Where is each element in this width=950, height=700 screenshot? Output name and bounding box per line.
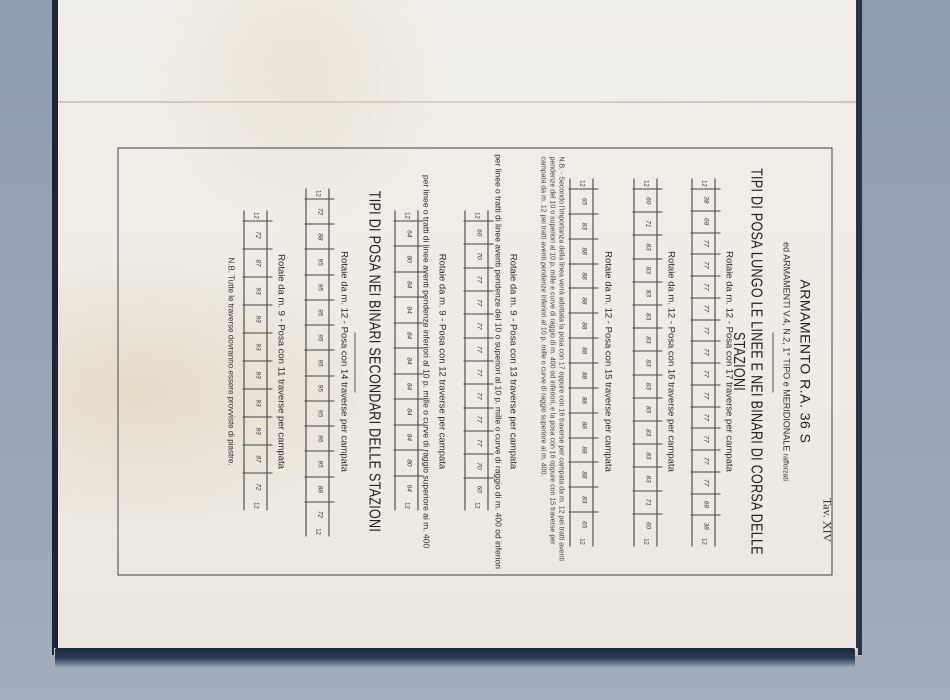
rail-end-gap: 12 <box>473 210 479 220</box>
sleeper-spacing: 83 <box>632 258 662 281</box>
plate-frame-wrapper: ARMAMENTO R.A. 36 S ed ARMAMENTI V.4, N.… <box>117 147 832 575</box>
sleeper-spacing: 93 <box>242 388 272 416</box>
plate-title: ARMAMENTO R.A. 36 S <box>797 148 813 574</box>
sleeper-spacing: 65 <box>568 188 598 213</box>
sleeper-spacing: 83 <box>632 397 662 420</box>
note-text: N.B. Tutte le traverse dovranno essere p… <box>226 148 235 574</box>
sleeper-spacing: 83 <box>632 420 662 443</box>
sleeper-spacing: 70 <box>463 453 493 476</box>
rail-end-gap: 12 <box>700 536 706 546</box>
sleeper-diagram: 127287939393939393877212 <box>243 210 267 510</box>
sleeper-spacing: 77 <box>463 337 493 360</box>
sleeper-spacing: 77 <box>690 449 720 471</box>
rail-end-gap: 12 <box>403 500 409 510</box>
page-fold-line <box>58 101 856 103</box>
sleeper-spacing: 80 <box>393 245 423 270</box>
sleeper-spacing: 84 <box>393 347 423 372</box>
sleeper-spacing: 72 <box>242 472 272 500</box>
rail-end-gap: 12 <box>314 526 320 536</box>
rail-end-gap: 12 <box>252 500 258 510</box>
rail-end-gap: 12 <box>403 210 409 220</box>
sleeper-spacing: 72 <box>304 198 334 223</box>
sleeper-spacing: 60 <box>463 477 493 500</box>
sleeper-diagram: 1260718383838383838383838383716012 <box>633 178 657 546</box>
layout-caption: Rotaie da m. 12 - Posa con 17 traverse p… <box>723 148 734 574</box>
sleeper-spacing: 84 <box>393 424 423 449</box>
sleeper-spacing: 71 <box>632 490 662 513</box>
plate-frame: ARMAMENTO R.A. 36 S ed ARMAMENTI V.4, N.… <box>117 147 832 575</box>
sleeper-spacing: 77 <box>690 384 720 406</box>
sleeper-spacing: 77 <box>463 290 493 313</box>
layout-caption: Rotaie da m. 12 - Posa con 14 traverse p… <box>338 148 349 574</box>
sleeper-spacing: 87 <box>242 444 272 472</box>
sleeper-spacing: 95 <box>304 274 334 299</box>
sleeper-spacing: 93 <box>242 360 272 388</box>
sleeper-spacing: 88 <box>568 287 598 312</box>
sleeper-spacing: 93 <box>242 416 272 444</box>
sleeper-spacing: 77 <box>463 360 493 383</box>
sleeper-spacing: 84 <box>393 322 423 347</box>
sleeper-spacing: 88 <box>568 412 598 437</box>
rail-end-gap: 12 <box>642 178 648 188</box>
sleeper-spacing: 88 <box>568 437 598 462</box>
sleeper-spacing: 93 <box>242 332 272 360</box>
sleeper-spacing: 80 <box>393 449 423 474</box>
sleeper-spacing: 77 <box>690 362 720 384</box>
sleeper-spacing: 83 <box>632 466 662 489</box>
layout-caption: Rotaie da m. 12 - Posa con 16 traverse p… <box>665 148 676 574</box>
sleeper-spacing: 38 <box>690 188 720 210</box>
sleeper-spacing: 77 <box>463 430 493 453</box>
sleeper-spacing: 64 <box>393 475 423 500</box>
sleeper-spacing: 88 <box>568 362 598 387</box>
sleeper-spacing: 88 <box>568 238 598 263</box>
rail-end-gap: 12 <box>473 500 479 510</box>
rail-end-gap: 12 <box>252 210 258 220</box>
sleeper-spacing: 77 <box>690 297 720 319</box>
sleeper-spacing: 77 <box>690 253 720 275</box>
layout-caption: Rotaie da m. 9 - Posa con 12 traverse pe… <box>436 148 447 574</box>
sleeper-spacing: 84 <box>393 373 423 398</box>
sleeper-spacing: 88 <box>568 263 598 288</box>
sleeper-spacing: 84 <box>393 271 423 296</box>
sleeper-spacing: 72 <box>242 220 272 248</box>
sleeper-spacing: 60 <box>632 513 662 536</box>
sleeper-spacing: 88 <box>568 337 598 362</box>
sleeper-spacing: 87 <box>242 248 272 276</box>
sleeper-spacing: 88 <box>568 312 598 337</box>
section1-heading: TIPI DI POSA LUNGO LE LINEE E NEI BINARI… <box>730 148 765 574</box>
layout-caption: Rotaie da m. 9 - Posa con 11 traverse pe… <box>275 148 286 574</box>
sleeper-spacing: 95 <box>304 299 334 324</box>
sleeper-diagram: 12658388888888888888888888836512 <box>569 178 593 546</box>
sleeper-spacing: 83 <box>632 443 662 466</box>
sleeper-spacing: 83 <box>632 327 662 350</box>
note-text: N.B. - Secondo l'importanza della linea … <box>538 156 565 566</box>
sleeper-spacing: 77 <box>690 319 720 341</box>
section2-heading: TIPI DI POSA NEI BINARI SECONDARI DELLE … <box>365 148 383 574</box>
subtitle-main: ed ARMAMENTI V.4, N.2, 1° TIPO e MERIDIO… <box>781 242 791 451</box>
sleeper-spacing: 93 <box>242 276 272 304</box>
sleeper-spacing: 77 <box>690 427 720 449</box>
layout-subcaption: per linee o tratti di linee aventi pende… <box>493 148 503 574</box>
sleeper-spacing: 88 <box>568 387 598 412</box>
sleeper-spacing: 77 <box>463 407 493 430</box>
rail-end-gap: 12 <box>700 178 706 188</box>
sleeper-spacing: 83 <box>632 350 662 373</box>
sleeper-spacing: 71 <box>632 211 662 234</box>
section2-rule <box>354 332 355 392</box>
title-rule <box>772 332 773 392</box>
sleeper-spacing: 70 <box>463 243 493 266</box>
sleeper-spacing: 83 <box>632 281 662 304</box>
sleeper-spacing: 88 <box>568 461 598 486</box>
rail-end-gap: 12 <box>578 536 584 546</box>
sleeper-spacing: 83 <box>568 213 598 238</box>
sleeper-spacing: 83 <box>568 486 598 511</box>
plate-content: ARMAMENTO R.A. 36 S ed ARMAMENTI V.4, N.… <box>118 148 831 574</box>
sleeper-spacing: 95 <box>304 375 334 400</box>
sleeper-spacing: 77 <box>463 383 493 406</box>
sleeper-spacing: 84 <box>393 398 423 423</box>
sleeper-spacing: 68 <box>690 493 720 515</box>
sleeper-spacing: 77 <box>463 267 493 290</box>
rail-end-gap: 12 <box>314 188 320 198</box>
sleeper-spacing: 93 <box>242 304 272 332</box>
sleeper-spacing: 77 <box>690 232 720 254</box>
layout-caption: Rotaie da m. 9 - Posa con 13 traverse pe… <box>507 148 518 574</box>
subtitle-small: rafforzati <box>781 453 788 480</box>
sleeper-diagram: 1260707777777777777777706012 <box>464 210 488 510</box>
sleeper-spacing: 83 <box>632 304 662 327</box>
plate-subtitle: ed ARMAMENTI V.4, N.2, 1° TIPO e MERIDIO… <box>781 148 791 574</box>
sleeper-spacing: 77 <box>690 275 720 297</box>
rail-end-gap: 12 <box>578 178 584 188</box>
sleeper-spacing: 95 <box>304 248 334 273</box>
sleeper-spacing: 60 <box>632 188 662 211</box>
sleeper-diagram: 123868777777777777777777777777683812 <box>691 178 715 546</box>
sleeper-spacing: 77 <box>690 406 720 428</box>
book-shadow <box>55 648 855 668</box>
sleeper-spacing: 77 <box>690 340 720 362</box>
sleeper-spacing: 95 <box>304 450 334 475</box>
sleeper-spacing: 64 <box>393 220 423 245</box>
sleeper-diagram: 127288959595959595959595887212 <box>305 188 329 536</box>
rail-end-gap: 12 <box>642 536 648 546</box>
layout-caption: Rotaie da m. 12 - Posa con 15 traverse p… <box>602 148 613 574</box>
sleeper-spacing: 95 <box>304 349 334 374</box>
sleeper-spacing: 84 <box>393 296 423 321</box>
sleeper-diagram: 12648084848484848484806412 <box>394 210 418 510</box>
book-right-edge <box>856 0 862 655</box>
sleeper-spacing: 77 <box>463 313 493 336</box>
sleeper-spacing: 65 <box>568 511 598 536</box>
sleeper-spacing: 83 <box>632 374 662 397</box>
sleeper-spacing: 88 <box>304 476 334 501</box>
sleeper-spacing: 60 <box>463 220 493 243</box>
sleeper-spacing: 95 <box>304 425 334 450</box>
sleeper-spacing: 95 <box>304 400 334 425</box>
sleeper-spacing: 72 <box>304 501 334 526</box>
sleeper-spacing: 68 <box>690 210 720 232</box>
sleeper-spacing: 83 <box>632 234 662 257</box>
sleeper-spacing: 77 <box>690 471 720 493</box>
sleeper-spacing: 95 <box>304 324 334 349</box>
sleeper-spacing: 88 <box>304 223 334 248</box>
sleeper-spacing: 38 <box>690 514 720 536</box>
